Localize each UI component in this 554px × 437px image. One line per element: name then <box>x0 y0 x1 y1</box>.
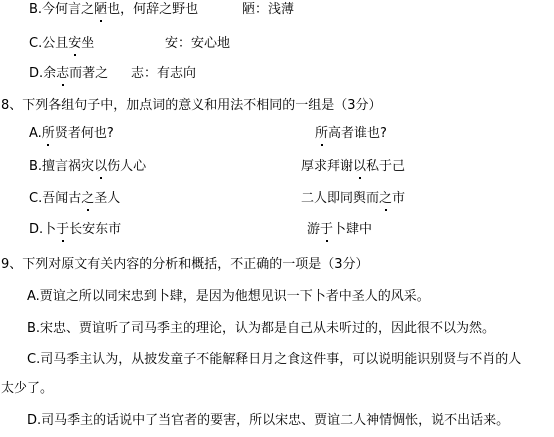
option-text: 长安东市 <box>69 222 121 237</box>
option-text: 高者谁也? <box>328 126 387 141</box>
dotted-char: 之 <box>379 191 392 207</box>
option-text: 也，何辞之野也 <box>107 2 198 17</box>
q8-option-a: A.所贤者何也? 所高者谁也? <box>29 126 549 142</box>
dotted-char: 所 <box>42 126 55 142</box>
q9-option-c-continued: 太少了。 <box>1 381 53 397</box>
option-text: D.余 <box>29 66 56 81</box>
q7-option-d: D.余志而著之 志：有志向 <box>29 66 108 82</box>
option-note: 陋：浅薄 <box>242 2 294 18</box>
dotted-char: 志 <box>56 66 69 82</box>
dotted-char: 之 <box>81 191 94 207</box>
q9-title: 9、下列对原文有关内容的分析和概括，不正确的一项是（3分） <box>1 257 369 273</box>
option-text: 市 <box>392 191 405 206</box>
q9-option-b: B.宋忠、贾谊听了司马季主的理论，认为都是自己从未听过的，因此很不以为然。 <box>27 321 495 337</box>
option-text: 贤者何也? <box>55 126 114 141</box>
q8-option-c: C.吾闻古之圣人 二人即同舆而之市 <box>29 191 549 207</box>
option-text: D.卜 <box>29 222 56 237</box>
q7-option-c: C.公且安坐 安：安心地 <box>29 36 94 52</box>
option-text: C.吾闻古 <box>29 191 81 206</box>
q8-title: 8、下列各组句子中，加点词的意义和用法不相同的一组是（3分） <box>1 98 382 114</box>
option-note: 志：有志向 <box>131 66 196 82</box>
dotted-char: 于 <box>320 222 333 238</box>
option-text: 厚求拜谢 <box>301 159 353 174</box>
option-text: 圣人 <box>94 191 120 206</box>
q7-option-b: B.今何言之陋也，何辞之野也 陋：浅薄 <box>29 2 198 18</box>
option-text: 卜肆中 <box>333 222 372 237</box>
option-text: 二人即同舆而 <box>301 191 379 206</box>
q9-option-c: C.司马季主认为，从披发童子不能解释日月之食这件事，可以说明能识别贤与不肖的人 <box>27 352 521 368</box>
dotted-char: 以 <box>94 159 107 175</box>
option-text: 私于己 <box>366 159 405 174</box>
option-text: 伤人心 <box>107 159 146 174</box>
option-text: A. <box>29 126 42 141</box>
option-text: B.今何言之 <box>29 2 94 17</box>
dotted-char: 陋 <box>94 2 107 18</box>
option-text: 游 <box>307 222 320 237</box>
option-note: 安：安心地 <box>165 36 230 52</box>
dotted-char: 安 <box>68 36 81 52</box>
q9-option-a: A.贾谊之所以同宋忠到卜肆，是因为他想见识一下卜者中圣人的风采。 <box>27 289 430 305</box>
dotted-char: 以 <box>353 159 366 175</box>
option-text: 而著之 <box>69 66 108 81</box>
dotted-char: 于 <box>56 222 69 238</box>
dotted-char: 所 <box>315 126 328 142</box>
q8-option-b: B.擅言祸灾以伤人心 厚求拜谢以私于己 <box>29 159 549 175</box>
q8-option-d: D.卜于长安东市 游于卜肆中 <box>29 222 549 238</box>
option-text: B.擅言祸灾 <box>29 159 94 174</box>
option-text: 坐 <box>81 36 94 51</box>
option-text: C.公且 <box>29 36 68 51</box>
q9-option-d: D.司马季主的话说中了当官者的要害，所以宋忠、贾谊二人神情惆怅，说不出话来。 <box>27 413 509 429</box>
